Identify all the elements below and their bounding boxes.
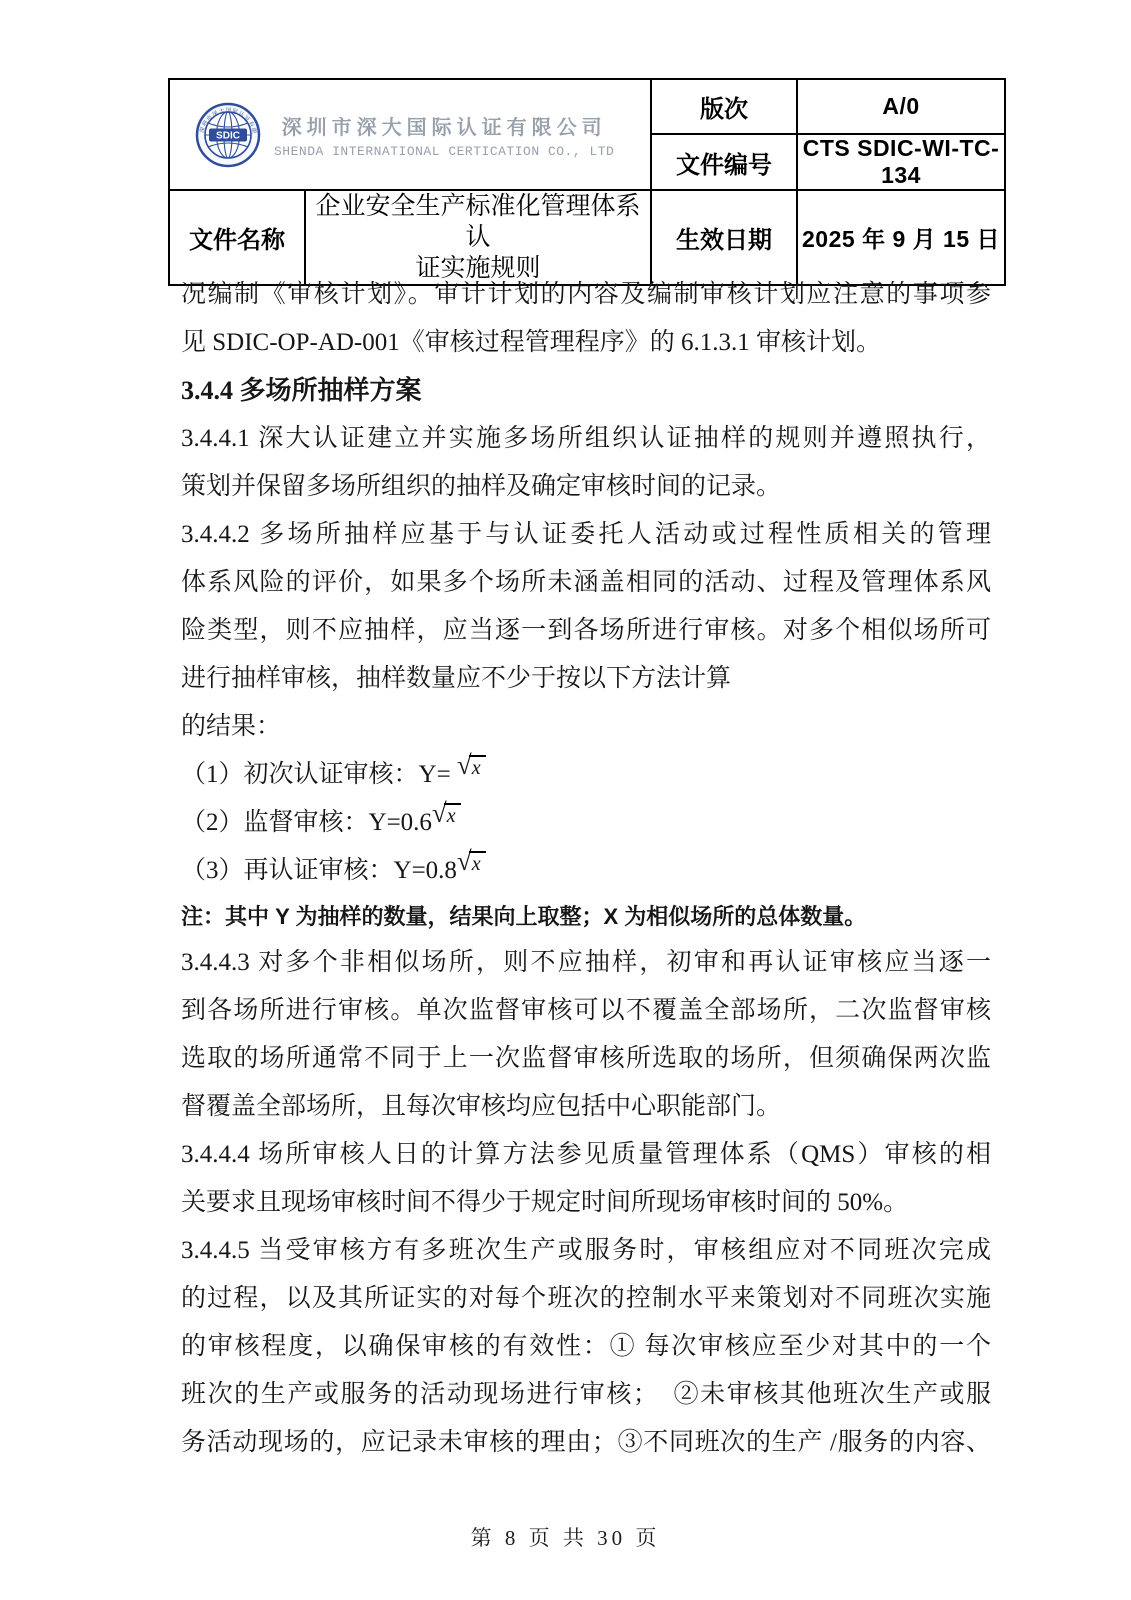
sqrt-expression: √x [457,848,486,875]
body-text-line: 策划并保留多场所组织的抽样及确定审核时间的记录。 [181,463,991,511]
body-text-line: 体系风险的评价，如果多个场所未涵盖相同的活动、过程及管理体系风 [181,559,991,607]
document-body: 况编制《审核计划》。审计计划的内容及编制审核计划应注意的事项参 见 SDIC-O… [181,271,991,1467]
body-text-line: 务活动现场的，应记录未审核的理由；③不同班次的生产 /服务的内容、 [181,1419,991,1467]
doc-number-value: CTS SDIC-WI-TC-134 [797,134,1005,190]
formula-initial-certification: （1）初次认证审核：Y= √x [181,751,991,799]
sqrt-expression: √x [432,800,461,827]
body-text-line: 的结果： [181,703,991,751]
body-text-line: 况编制《审核计划》。审计计划的内容及编制审核计划应注意的事项参 [181,271,991,319]
body-text-line: 到各场所进行审核。单次监督审核可以不覆盖全部场所，二次监督审核 [181,987,991,1035]
body-text-line: 见 SDIC-OP-AD-001《审核过程管理程序》的 6.1.3.1 审核计划… [181,319,991,367]
logo-cell: 深圳市深大国际认证有限公司 SDIC 深圳市深大国际认证有限公司 SHEND [169,79,651,190]
formula-expression: Y=0.6√x [369,809,461,836]
body-text-line: 的审核程度，以确保审核的有效性：① 每次审核应至少对其中的一个 [181,1323,991,1371]
company-seal-icon: 深圳市深大国际认证有限公司 SDIC [194,101,262,169]
page-footer: 第 8 页 共 30 页 [0,1522,1131,1552]
formula-label: （3）再认证审核： [181,857,394,884]
body-text-line: 班次的生产或服务的活动现场进行审核； ②未审核其他班次生产或服 [181,1371,991,1419]
page-number: 第 8 页 共 30 页 [471,1526,661,1550]
seal-badge-text: SDIC [216,130,240,141]
body-text-line: 险类型，则不应抽样，应当逐一到各场所进行审核。对多个相似场所可 [181,607,991,655]
note-line: 注：其中 Y 为抽样的数量，结果向上取整；X 为相似场所的总体数量。 [181,895,991,939]
company-name-cn: 深圳市深大国际认证有限公司 [274,111,614,140]
radicand: x [444,803,461,826]
body-text-line: 进行抽样审核，抽样数量应不少于按以下方法计算 [181,655,991,703]
company-name-en: SHENDA INTERNATIONAL CERTICATION CO., LT… [274,144,614,159]
sqrt-expression: √x [457,752,486,779]
company-names: 深圳市深大国际认证有限公司 SHENDA INTERNATIONAL CERTI… [274,111,614,159]
body-text-line: 3.4.4.2 多场所抽样应基于与认证委托人活动或过程性质相关的管理 [181,511,991,559]
body-text-line: 选取的场所通常不同于上一次监督审核所选取的场所，但须确保两次监 [181,1035,991,1083]
logo-block: 深圳市深大国际认证有限公司 SDIC 深圳市深大国际认证有限公司 SHEND [170,101,650,169]
radicand: x [469,755,486,778]
doc-number-label: 文件编号 [651,134,797,190]
body-text-line: 关要求且现场审核时间不得少于规定时间所现场审核时间的 50%。 [181,1179,991,1227]
formula-expression: Y=0.8√x [394,857,486,884]
version-value: A/0 [797,79,1005,134]
body-text-line: 3.4.4.1 深大认证建立并实施多场所组织认证抽样的规则并遵照执行， [181,415,991,463]
version-label: 版次 [651,79,797,134]
header-row-1: 深圳市深大国际认证有限公司 SDIC 深圳市深大国际认证有限公司 SHEND [169,79,1005,134]
section-heading-3-4-4: 3.4.4 多场所抽样方案 [181,367,991,415]
body-text-line: 3.4.4.4 场所审核人日的计算方法参见质量管理体系（QMS）审核的相 [181,1131,991,1179]
document-page: 深圳市深大国际认证有限公司 SDIC 深圳市深大国际认证有限公司 SHEND [0,0,1131,1600]
body-text-line: 3.4.4.3 对多个非相似场所，则不应抽样，初审和再认证审核应当逐一 [181,939,991,987]
formula-surveillance-audit: （2）监督审核：Y=0.6√x [181,799,991,847]
body-text-line: 的过程，以及其所证实的对每个班次的控制水平来策划对不同班次实施 [181,1275,991,1323]
formula-label: （2）监督审核： [181,809,369,836]
radicand: x [469,851,486,874]
formula-expression: Y= √x [419,761,486,788]
formula-recertification-audit: （3）再认证审核：Y=0.8√x [181,847,991,895]
header-table: 深圳市深大国际认证有限公司 SDIC 深圳市深大国际认证有限公司 SHEND [168,78,1006,286]
formula-label: （1）初次认证审核： [181,761,419,788]
body-text-line: 督覆盖全部场所，且每次审核均应包括中心职能部门。 [181,1083,991,1131]
body-text-line: 3.4.4.5 当受审核方有多班次生产或服务时，审核组应对不同班次完成 [181,1227,991,1275]
